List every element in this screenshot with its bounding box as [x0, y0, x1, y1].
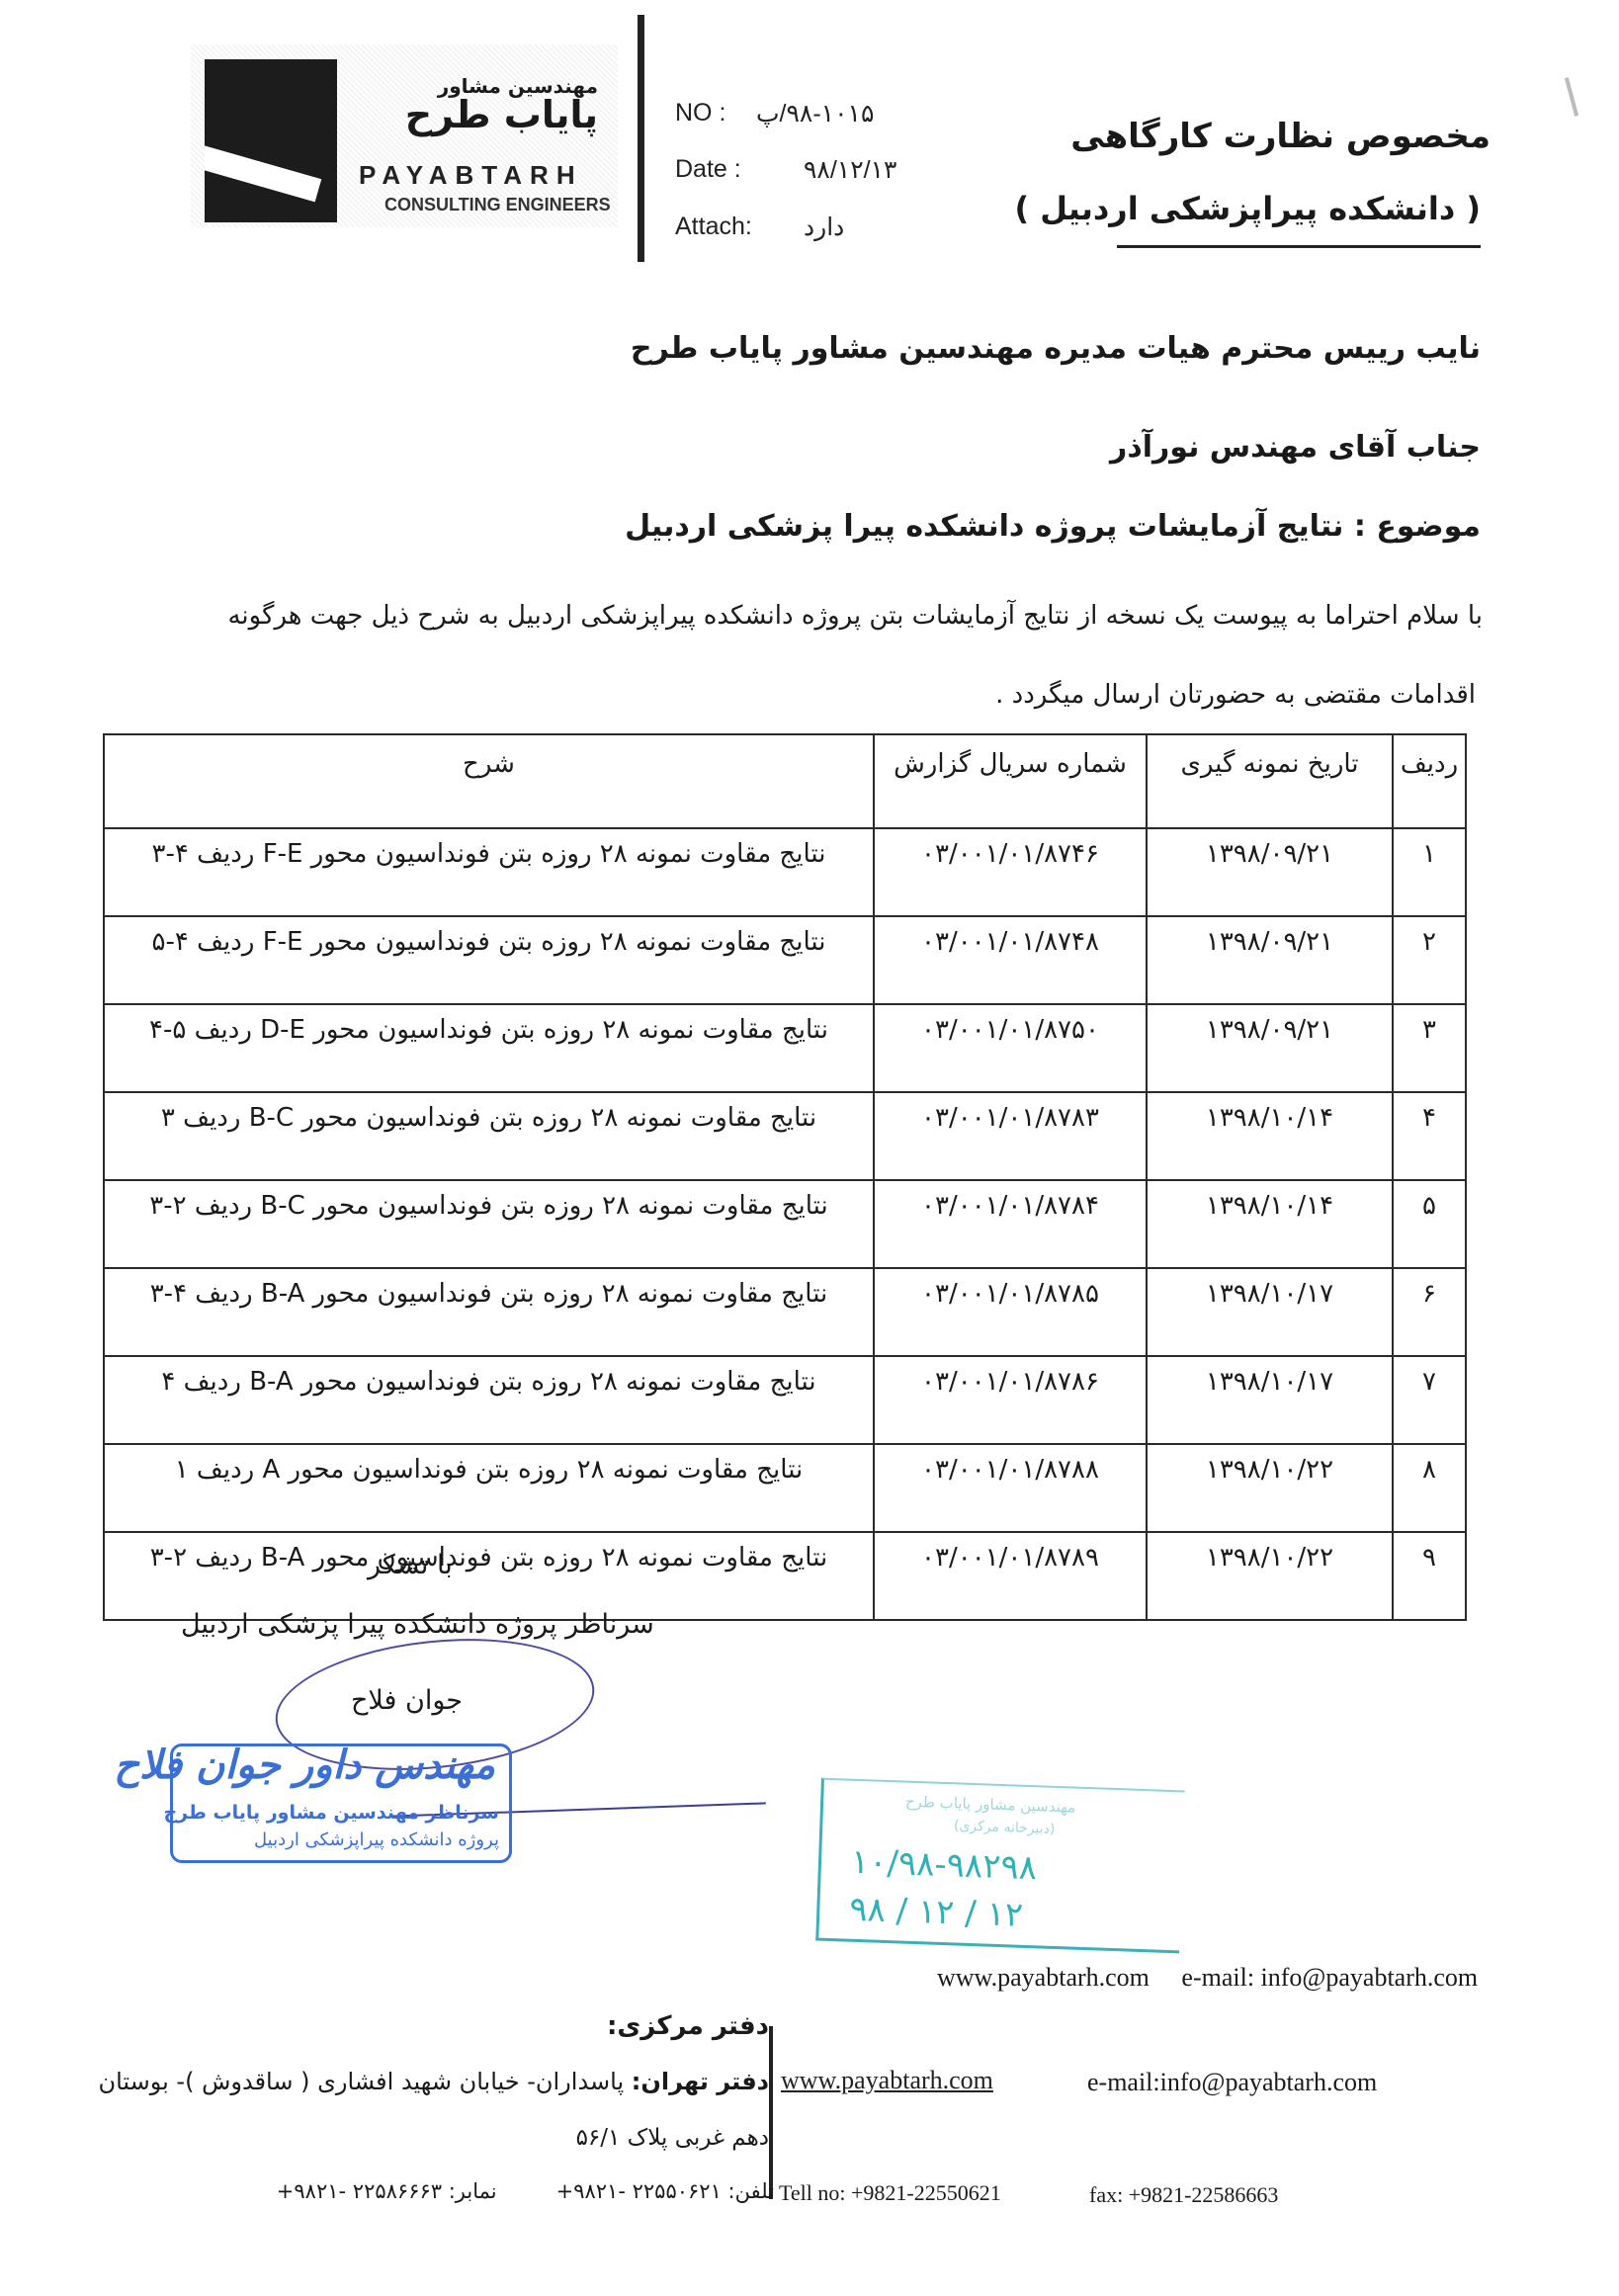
- letter-date-value: ۹۸/۱۲/۱۳: [804, 155, 896, 185]
- header-divider: [638, 15, 644, 262]
- footer-email-top[interactable]: e-mail: info@payabtarh.com: [1181, 1963, 1478, 1992]
- cell-serial: ۰۳/۰۰۱/۰۱/۸۷۵۰: [874, 1004, 1147, 1092]
- table-row: ۳ ۱۳۹۸/۰۹/۲۱ ۰۳/۰۰۱/۰۱/۸۷۵۰ نتایج مقاوت …: [104, 1004, 1466, 1092]
- footer-fax: fax: +9821-22586663: [1089, 2182, 1278, 2208]
- table-row: ۸ ۱۳۹۸/۱۰/۲۲ ۰۳/۰۰۱/۰۱/۸۷۸۸ نتایج مقاوت …: [104, 1444, 1466, 1532]
- tehran-office-label: دفتر تهران:: [632, 2068, 769, 2095]
- col-index: ردیف: [1393, 734, 1466, 828]
- logo-mark-icon: [205, 59, 337, 222]
- stamp-line-3: پروژه دانشکده پیراپزشکی اردبیل: [254, 1829, 499, 1850]
- cell-description: نتایج مقاوت نمونه ۲۸ روزه بتن فونداسیون …: [104, 1444, 874, 1532]
- registry-number: ۱۰/۹۸-۹۸۲۹۸: [850, 1842, 1037, 1889]
- letter-number: NO : ۹۸-۱۰۱۵/پ: [675, 99, 725, 128]
- footer-email[interactable]: e-mail:info@payabtarh.com: [1087, 2068, 1377, 2097]
- cell-index: ۹: [1393, 1532, 1466, 1620]
- cell-index: ۳: [1393, 1004, 1466, 1092]
- cell-index: ۷: [1393, 1356, 1466, 1444]
- table-row: ۶ ۱۳۹۸/۱۰/۱۷ ۰۳/۰۰۱/۰۱/۸۷۸۵ نتایج مقاوت …: [104, 1268, 1466, 1356]
- letter-subject: موضوع : نتایج آزمایشات پروژه دانشکده پیر…: [625, 509, 1481, 544]
- cell-serial: ۰۳/۰۰۱/۰۱/۸۷۸۳: [874, 1092, 1147, 1180]
- table-row: ۹ ۱۳۹۸/۱۰/۲۲ ۰۳/۰۰۱/۰۱/۸۷۸۹ نتایج مقاوت …: [104, 1532, 1466, 1620]
- table-row: ۷ ۱۳۹۸/۱۰/۱۷ ۰۳/۰۰۱/۰۱/۸۷۸۶ نتایج مقاوت …: [104, 1356, 1466, 1444]
- fax-fa: نمابر: ۲۲۵۸۶۶۶۳ -۹۸۲۱+: [277, 2179, 497, 2203]
- addressee-name: جناب آقای مهندس نورآذر: [1110, 430, 1481, 465]
- logo-en-name: PAYABTARH: [359, 160, 583, 191]
- cell-serial: ۰۳/۰۰۱/۰۱/۸۷۸۶: [874, 1356, 1147, 1444]
- cell-index: ۴: [1393, 1092, 1466, 1180]
- cell-index: ۸: [1393, 1444, 1466, 1532]
- registry-stamp-title: مهندسین مشاور پایاب طرح: [905, 1793, 1076, 1817]
- heading-project: ( دانشکده پیراپزشکی اردبیل ): [1014, 190, 1481, 227]
- logo-fa-name: پایاب طرح: [405, 96, 598, 133]
- footer-phone: Tell no: +9821-22550621: [779, 2180, 1001, 2206]
- cell-description: نتایج مقاوت نمونه ۲۸ روزه بتن فونداسیون …: [104, 828, 874, 916]
- col-description: شرح: [104, 734, 874, 828]
- cell-index: ۱: [1393, 828, 1466, 916]
- supervisor-stamp: مهندس داور جوان فلاح سرناظر مهندسین مشاو…: [170, 1743, 512, 1863]
- tehran-address-line-1: پاسداران- خیابان شهید افشاری ( ساقدوش )-…: [98, 2068, 631, 2095]
- cell-index: ۲: [1393, 916, 1466, 1004]
- tehran-office-address: دفتر تهران: پاسداران- خیابان شهید افشاری…: [98, 2068, 769, 2095]
- footer-contact-top: www.payabtarh.com e-mail: info@payabtarh…: [937, 1963, 1503, 1993]
- table-row: ۱ ۱۳۹۸/۰۹/۲۱ ۰۳/۰۰۱/۰۱/۸۷۴۶ نتایج مقاوت …: [104, 828, 1466, 916]
- registry-date: ۹۸ / ۱۲ / ۱۲: [849, 1890, 1024, 1935]
- cell-serial: ۰۳/۰۰۱/۰۱/۸۷۸۹: [874, 1532, 1147, 1620]
- stamp-name: مهندس داور جوان فلاح: [114, 1743, 495, 1788]
- letter-number-value: ۹۸-۱۰۱۵/پ: [756, 99, 874, 128]
- cell-date: ۱۳۹۸/۱۰/۱۴: [1147, 1092, 1393, 1180]
- cell-serial: ۰۳/۰۰۱/۰۱/۸۷۴۸: [874, 916, 1147, 1004]
- cell-serial: ۰۳/۰۰۱/۰۱/۸۷۴۶: [874, 828, 1147, 916]
- closing-thanks: با تشکر: [368, 1550, 453, 1580]
- company-logo: مهندسین مشاور پایاب طرح PAYABTARH CONSUL…: [191, 44, 618, 227]
- cell-date: ۱۳۹۸/۰۹/۲۱: [1147, 828, 1393, 916]
- scan-mark: [1565, 77, 1578, 117]
- logo-en-subtitle: CONSULTING ENGINEERS: [384, 195, 611, 215]
- cell-date: ۱۳۹۸/۰۹/۲۱: [1147, 916, 1393, 1004]
- cell-date: ۱۳۹۸/۱۰/۲۲: [1147, 1532, 1393, 1620]
- cell-date: ۱۳۹۸/۱۰/۱۷: [1147, 1356, 1393, 1444]
- registry-stamp: مهندسین مشاور پایاب طرح (دبیرخانه مرکزی)…: [815, 1778, 1185, 1954]
- table-header-row: ردیف تاریخ نمونه گیری شماره سریال گزارش …: [104, 734, 1466, 828]
- col-report-serial: شماره سریال گزارش: [874, 734, 1147, 828]
- body-line-1: با سلام احتراما به پیوست یک نسخه از نتای…: [227, 601, 1483, 631]
- letter-date-label: Date :: [675, 155, 741, 183]
- phone-fa: تلفن: ۲۲۵۵۰۶۲۱ -۹۸۲۱+: [556, 2179, 774, 2203]
- cell-date: ۱۳۹۸/۱۰/۱۷: [1147, 1268, 1393, 1356]
- addressee-title: نایب رییس محترم هیات مدیره مهندسین مشاور…: [631, 331, 1481, 366]
- footer-divider: [769, 2026, 773, 2199]
- table-row: ۴ ۱۳۹۸/۱۰/۱۴ ۰۳/۰۰۱/۰۱/۸۷۸۳ نتایج مقاوت …: [104, 1092, 1466, 1180]
- letter-date: Date : ۹۸/۱۲/۱۳: [675, 155, 741, 184]
- cell-serial: ۰۳/۰۰۱/۰۱/۸۷۸۴: [874, 1180, 1147, 1268]
- cell-description: نتایج مقاوت نمونه ۲۸ روزه بتن فونداسیون …: [104, 1092, 874, 1180]
- cell-date: ۱۳۹۸/۱۰/۲۲: [1147, 1444, 1393, 1532]
- heading-underline: [1117, 245, 1481, 248]
- col-sampling-date: تاریخ نمونه گیری: [1147, 734, 1393, 828]
- letter-number-label: NO :: [675, 99, 725, 127]
- cell-serial: ۰۳/۰۰۱/۰۱/۸۷۸۵: [874, 1268, 1147, 1356]
- cell-description: نتایج مقاوت نمونه ۲۸ روزه بتن فونداسیون …: [104, 1532, 874, 1620]
- cell-description: نتایج مقاوت نمونه ۲۸ روزه بتن فونداسیون …: [104, 916, 874, 1004]
- registry-stamp-subtitle: (دبیرخانه مرکزی): [954, 1818, 1056, 1837]
- cell-date: ۱۳۹۸/۰۹/۲۱: [1147, 1004, 1393, 1092]
- table-row: ۲ ۱۳۹۸/۰۹/۲۱ ۰۳/۰۰۱/۰۱/۸۷۴۸ نتایج مقاوت …: [104, 916, 1466, 1004]
- heading-department: مخصوص نظارت کارگاهی: [1070, 117, 1491, 156]
- footer-web-top[interactable]: www.payabtarh.com: [937, 1963, 1150, 1992]
- letter-attach-value: دارد: [804, 213, 844, 242]
- table-row: ۵ ۱۳۹۸/۱۰/۱۴ ۰۳/۰۰۱/۰۱/۸۷۸۴ نتایج مقاوت …: [104, 1180, 1466, 1268]
- letter-attach-label: Attach:: [675, 213, 752, 240]
- cell-description: نتایج مقاوت نمونه ۲۸ روزه بتن فونداسیون …: [104, 1004, 874, 1092]
- cell-description: نتایج مقاوت نمونه ۲۸ روزه بتن فونداسیون …: [104, 1268, 874, 1356]
- cell-description: نتایج مقاوت نمونه ۲۸ روزه بتن فونداسیون …: [104, 1356, 874, 1444]
- central-office-label: دفتر مرکزی:: [607, 2011, 769, 2041]
- tehran-address-line-2: دهم غربی پلاک ۵۶/۱: [576, 2125, 769, 2151]
- cell-date: ۱۳۹۸/۱۰/۱۴: [1147, 1180, 1393, 1268]
- signer-name: جوان فلاح: [351, 1685, 463, 1716]
- letter-attach: Attach: دارد: [675, 213, 752, 241]
- test-results-table: ردیف تاریخ نمونه گیری شماره سریال گزارش …: [103, 733, 1467, 1621]
- stamp-line-2: سرناظر مهندسین مشاور پایاب طرح: [163, 1802, 499, 1824]
- office-phones-fa: تلفن: ۲۲۵۵۰۶۲۱ -۹۸۲۱+نمابر: ۲۲۵۸۶۶۶۳ -۹۸…: [277, 2179, 774, 2203]
- footer-website-link[interactable]: www.payabtarh.com: [781, 2066, 993, 2095]
- cell-description: نتایج مقاوت نمونه ۲۸ روزه بتن فونداسیون …: [104, 1180, 874, 1268]
- cell-index: ۶: [1393, 1268, 1466, 1356]
- body-line-2: اقدامات مقتضی به حضورتان ارسال میگردد .: [995, 680, 1476, 710]
- cell-index: ۵: [1393, 1180, 1466, 1268]
- cell-serial: ۰۳/۰۰۱/۰۱/۸۷۸۸: [874, 1444, 1147, 1532]
- closing-title: سرناظر پروژه دانشکده پیرا پزشکی اردبیل: [181, 1609, 654, 1640]
